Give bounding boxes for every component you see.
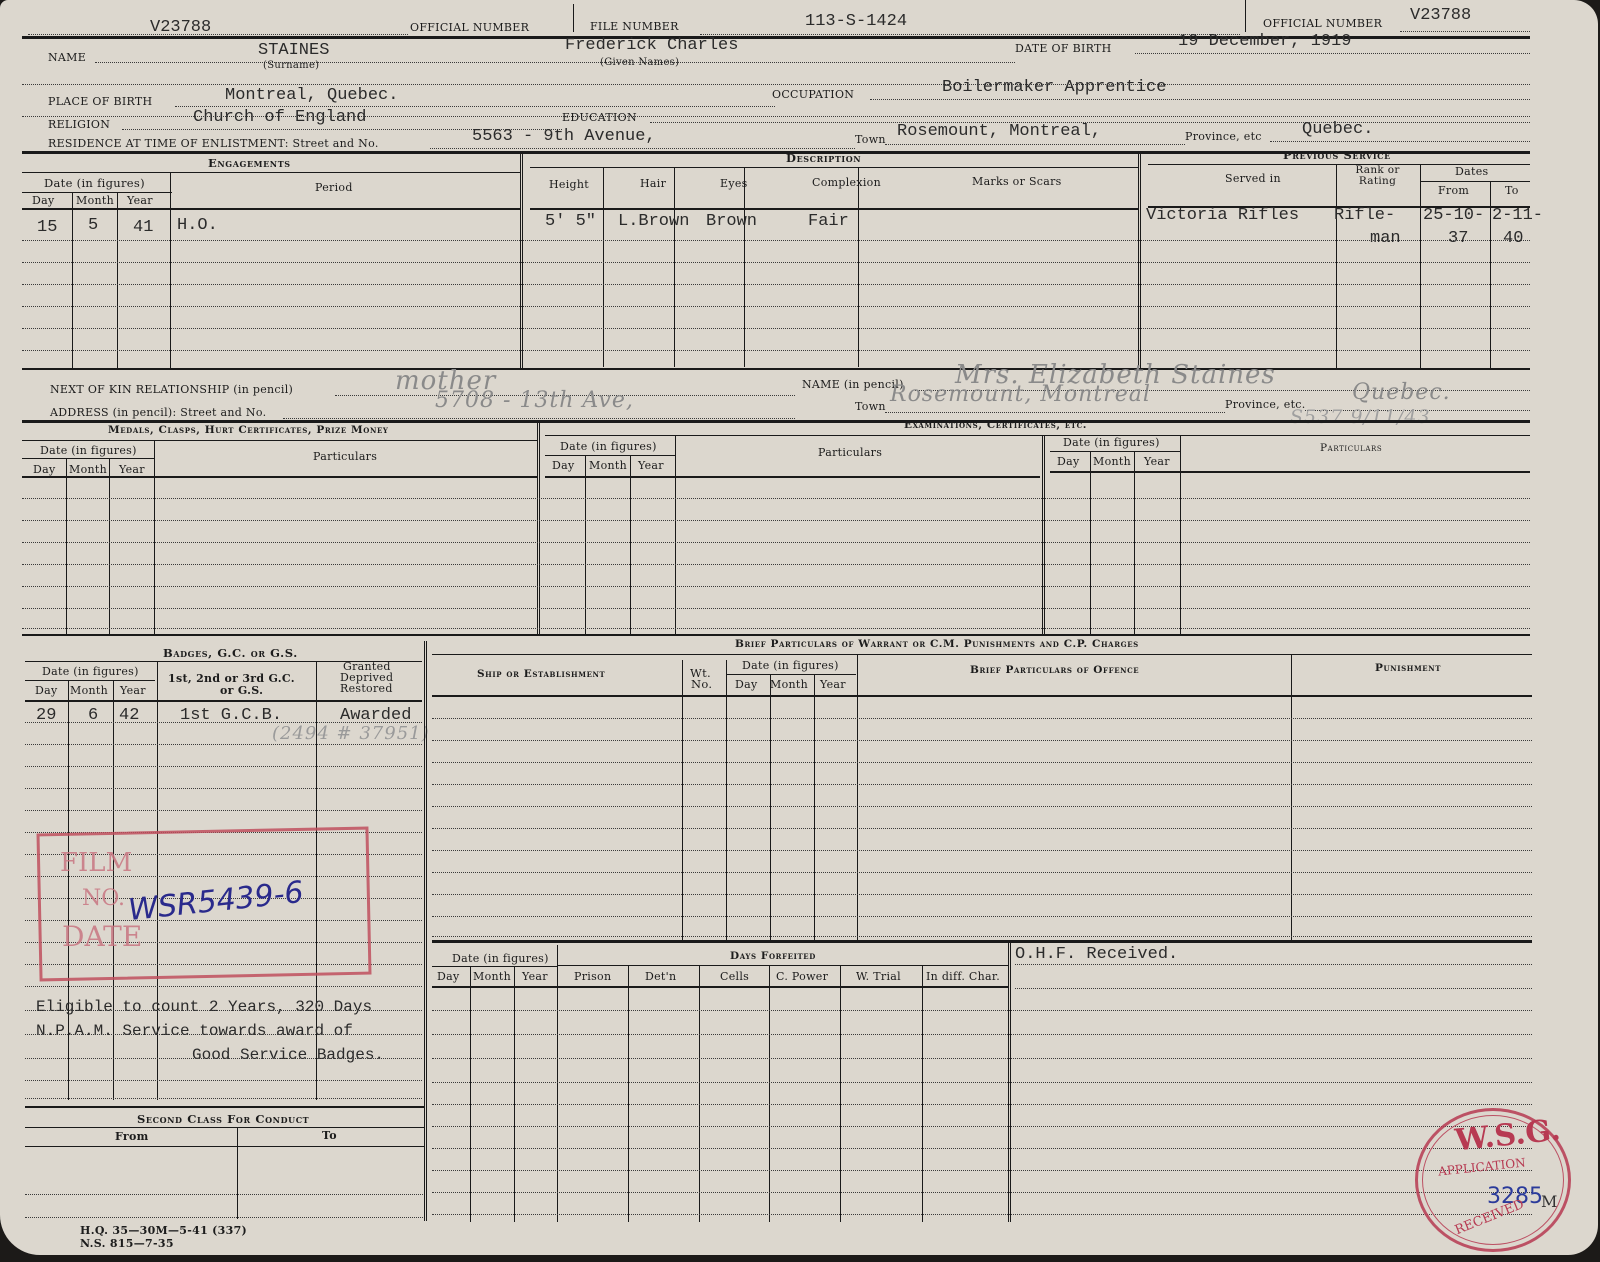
nok-town-label: Town [855, 400, 886, 413]
dob-label: DATE OF BIRTH [1015, 42, 1112, 55]
from-header: From [1438, 184, 1469, 197]
exam-date-header-right: Date (in figures) [1063, 436, 1160, 449]
df-wtrial-header: W. Trial [856, 970, 901, 983]
df-date-header: Date (in figures) [452, 952, 549, 965]
date-of-birth: 19 December, 1919 [1178, 32, 1351, 51]
df-cells-header: Cells [720, 970, 749, 983]
eng-row-year: 41 [133, 218, 153, 237]
df-indiff-header: In diff. Char. [926, 970, 1000, 983]
hair-header: Hair [640, 177, 666, 190]
wsg-stamp-suffix: M [1541, 1192, 1557, 1211]
film-stamp-film: FILM [60, 848, 132, 878]
examinations-title: Examinations, Certificates, etc. [904, 419, 1087, 431]
to-value-1: 2-11- [1492, 206, 1543, 225]
days-forfeited-title: Days Forfeited [730, 950, 816, 962]
exam-day-left: Day [552, 459, 575, 472]
film-stamp-no: NO. [82, 886, 125, 911]
given-names: Frederick Charles [565, 36, 738, 55]
surname-caption: (Surname) [263, 60, 319, 71]
height-value: 5' 5" [545, 212, 596, 231]
second-class-title: Second Class For Conduct [137, 1112, 309, 1126]
pun-day-header: Day [735, 678, 758, 691]
served-in-header: Served in [1225, 172, 1281, 185]
badges-year-header: Year [120, 684, 146, 697]
rank-header: Rank or Rating [1355, 165, 1400, 187]
exam-particulars-right: Particulars [1320, 442, 1382, 454]
eng-row-period: H.O. [177, 216, 218, 235]
exam-day-right: Day [1057, 455, 1080, 468]
eng-period-header: Period [315, 181, 353, 194]
medals-particulars-header: Particulars [313, 450, 377, 463]
ohf-received: O.H.F. Received. [1015, 945, 1178, 964]
df-prison-header: Prison [574, 970, 611, 983]
to-value-2: 40 [1503, 229, 1523, 248]
official-number-right: V23788 [1410, 6, 1471, 25]
residence-street: 5563 - 9th Avenue, [472, 127, 656, 146]
df-day-header: Day [437, 970, 460, 983]
nok-province: Quebec. [1352, 380, 1451, 405]
eligibility-line-3: Good Service Badges. [192, 1046, 384, 1064]
served-in-value: Victoria Rifles [1146, 206, 1299, 225]
exam-date-header-left: Date (in figures) [560, 440, 657, 453]
nok-relationship-label: NEXT OF KIN RELATIONSHIP (in pencil) [50, 383, 293, 396]
given-names-caption: (Given Names) [600, 57, 679, 68]
from-value-2: 37 [1448, 229, 1468, 248]
df-year-header: Year [522, 970, 548, 983]
town-label: Town [855, 133, 886, 146]
exam-year-right: Year [1144, 455, 1170, 468]
nok-pencil-note: S537 9/11/43 [1290, 406, 1431, 428]
rank-value-1: Rifle- [1334, 206, 1395, 225]
religion: Church of England [193, 108, 366, 127]
height-header: Height [549, 178, 589, 191]
nok-town: Rosemount, Montreal [890, 382, 1151, 407]
medals-title: Medals, Clasps, Hurt Certificates, Prize… [108, 424, 389, 436]
nok-name-label: NAME (in pencil) [802, 378, 904, 391]
name-label: NAME [48, 51, 86, 64]
punishment-header: Punishment [1375, 662, 1441, 674]
religion-label: RELIGION [48, 118, 110, 131]
eng-month-header: Month [76, 194, 114, 207]
form-code-line-2: N.S. 815—7-35 [80, 1237, 174, 1250]
second-class-from: From [115, 1130, 149, 1143]
complexion-header: Complexion [812, 176, 881, 189]
df-cpower-header: C. Power [776, 970, 828, 983]
medals-year-header: Year [119, 463, 145, 476]
surname: STAINES [258, 41, 329, 60]
pob-label: PLACE OF BIRTH [48, 95, 152, 108]
marks-header: Marks or Scars [972, 175, 1062, 188]
exam-month-left: Month [589, 459, 627, 472]
exam-particulars-left: Particulars [818, 446, 882, 459]
eligibility-line-1: Eligible to count 2 Years, 320 Days [36, 998, 372, 1016]
punishments-title: Brief Particulars of Warrant or C.M. Pun… [735, 638, 1139, 650]
eng-day-header: Day [32, 194, 55, 207]
service-record-card: V23788 OFFICIAL NUMBER FILE NUMBER 113-S… [0, 0, 1598, 1255]
exam-month-right: Month [1093, 455, 1131, 468]
wt-header-2: No. [691, 677, 712, 691]
file-number: 113-S-1424 [805, 12, 907, 31]
badges-restored-header: Restored [340, 682, 393, 695]
medals-day-header: Day [33, 463, 56, 476]
occupation-label: OCCUPATION [772, 88, 854, 101]
description-title: Description [786, 151, 861, 165]
rank-value-2: man [1370, 229, 1401, 248]
residence-town: Rosemount, Montreal, [897, 122, 1101, 141]
ship-header: Ship or Establishment [477, 668, 605, 680]
residence-label: RESIDENCE AT TIME OF ENLISTMENT: Street … [48, 137, 379, 150]
badges-title: Badges, G.C. or G.S. [163, 646, 298, 660]
pun-date-header: Date (in figures) [742, 659, 839, 672]
badges-date-header: Date (in figures) [42, 665, 139, 678]
official-number-label: OFFICIAL NUMBER [410, 21, 529, 34]
from-value-1: 25-10- [1423, 206, 1484, 225]
form-code-line-1: H.Q. 35—30M—5-41 (337) [80, 1224, 247, 1237]
previous-service-title: Previous Service [1283, 148, 1391, 162]
eng-year-header: Year [127, 194, 153, 207]
eng-date-header: Date (in figures) [44, 176, 145, 190]
pun-year-header: Year [820, 678, 846, 691]
nok-address: 5708 - 13th Ave, [435, 388, 634, 413]
medals-date-header: Date (in figures) [40, 444, 137, 457]
badges-month-header: Month [70, 684, 108, 697]
place-of-birth: Montreal, Quebec. [225, 86, 398, 105]
residence-province: Quebec. [1302, 120, 1373, 139]
medals-month-header: Month [69, 463, 107, 476]
badges-gc-header-2: or G.S. [220, 684, 263, 697]
official-number-label-right: OFFICIAL NUMBER [1263, 17, 1382, 30]
badges-day-header: Day [35, 684, 58, 697]
occupation: Boilermaker Apprentice [942, 78, 1166, 97]
df-month-header: Month [473, 970, 511, 983]
eyes-value: Brown [706, 212, 757, 231]
hair-value: L.Brown [618, 212, 689, 231]
exam-year-left: Year [638, 459, 664, 472]
eligibility-line-2: N.P.A.M. Service towards award of [36, 1022, 353, 1040]
badges-pencil-note: (2494 # 37951) [272, 723, 430, 744]
eng-row-month: 5 [88, 216, 98, 235]
eng-row-day: 15 [37, 218, 57, 237]
nok-address-label: ADDRESS (in pencil): Street and No. [50, 406, 266, 419]
dates-header: Dates [1455, 165, 1488, 178]
province-label: Province, etc [1185, 130, 1262, 143]
to-header: To [1505, 184, 1519, 197]
complexion-value: Fair [808, 212, 849, 231]
offence-header: Brief Particulars of Offence [970, 664, 1139, 676]
pun-month-header: Month [770, 678, 808, 691]
df-detn-header: Det'n [645, 970, 676, 983]
second-class-to: To [322, 1129, 337, 1142]
file-number-label: FILE NUMBER [590, 20, 679, 33]
education-label: EDUCATION [562, 111, 637, 124]
engagements-title: Engagements [208, 156, 291, 170]
